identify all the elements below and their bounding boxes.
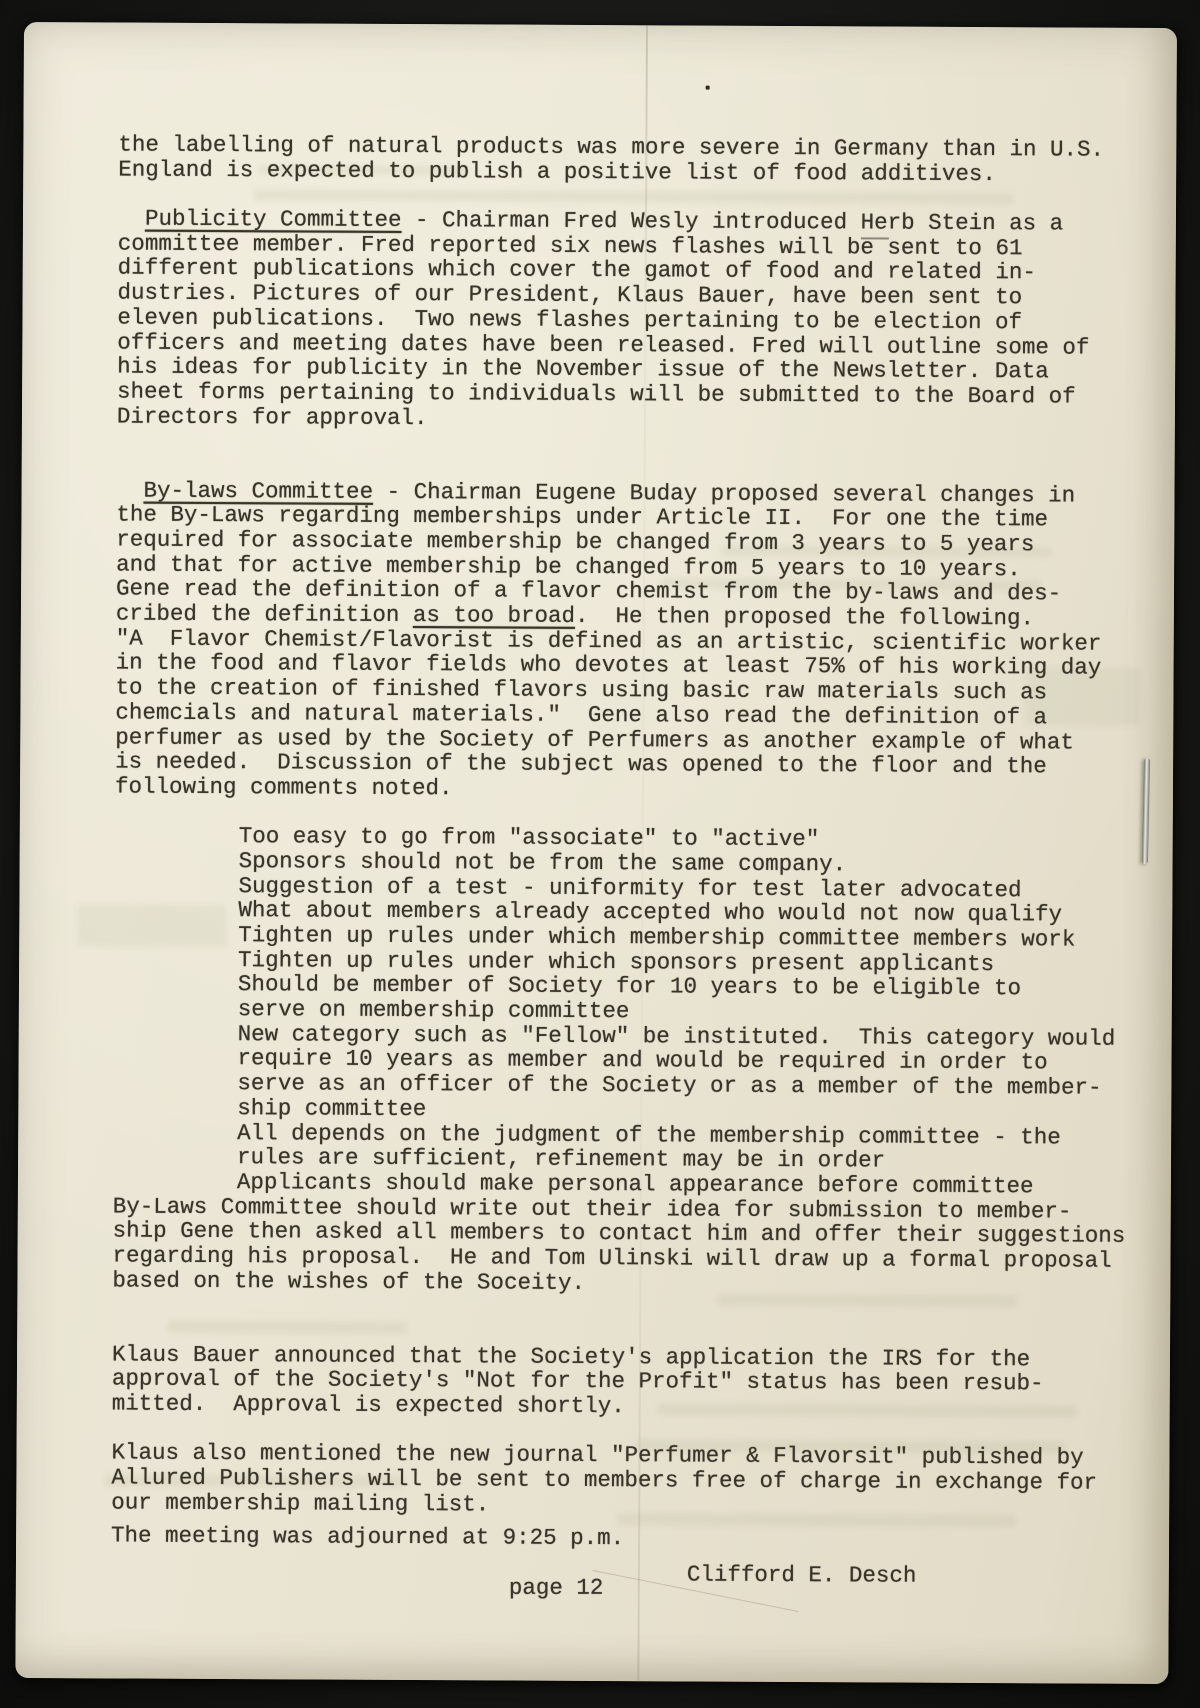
paragraph-publicity-committee: Publicity Committee - Chairman Fred Wesl…: [117, 207, 1176, 435]
paragraph-journal-announcement: Klaus also mentioned the new journal "Pe…: [111, 1441, 1169, 1521]
ink-speck: [706, 86, 710, 90]
text-segment: [118, 206, 145, 232]
underlined-text: as too broad: [413, 602, 575, 629]
paragraph-comments-list: Too easy to go from "associate" to "acti…: [113, 824, 1173, 1200]
text-segment: [116, 477, 143, 503]
signature: Clifford E. Desch: [687, 1563, 917, 1589]
text-segment: cribed the definition: [116, 601, 413, 629]
document-footer: Clifford E. Desch page 12: [110, 1548, 1169, 1674]
paragraph-irs-status: Klaus Bauer announced that the Society's…: [112, 1342, 1170, 1422]
text-segment: . He then proposed the following.: [575, 603, 1034, 631]
underlined-text: Publicity Committee: [145, 206, 402, 233]
document-body: the labelling of natural products was mo…: [111, 132, 1176, 1553]
page-number: page 12: [509, 1576, 604, 1601]
paragraph-bylaws-committee: By-laws Committee - Chairman Eugene Buda…: [115, 478, 1175, 804]
paragraph-intro: the labelling of natural products was mo…: [118, 132, 1176, 187]
underlined-text: By-laws Committee: [143, 477, 373, 504]
paragraph-bylaws-continuation: By-Laws Committee should write out their…: [112, 1194, 1171, 1298]
scanned-page: the labelling of natural products was mo…: [15, 22, 1177, 1684]
